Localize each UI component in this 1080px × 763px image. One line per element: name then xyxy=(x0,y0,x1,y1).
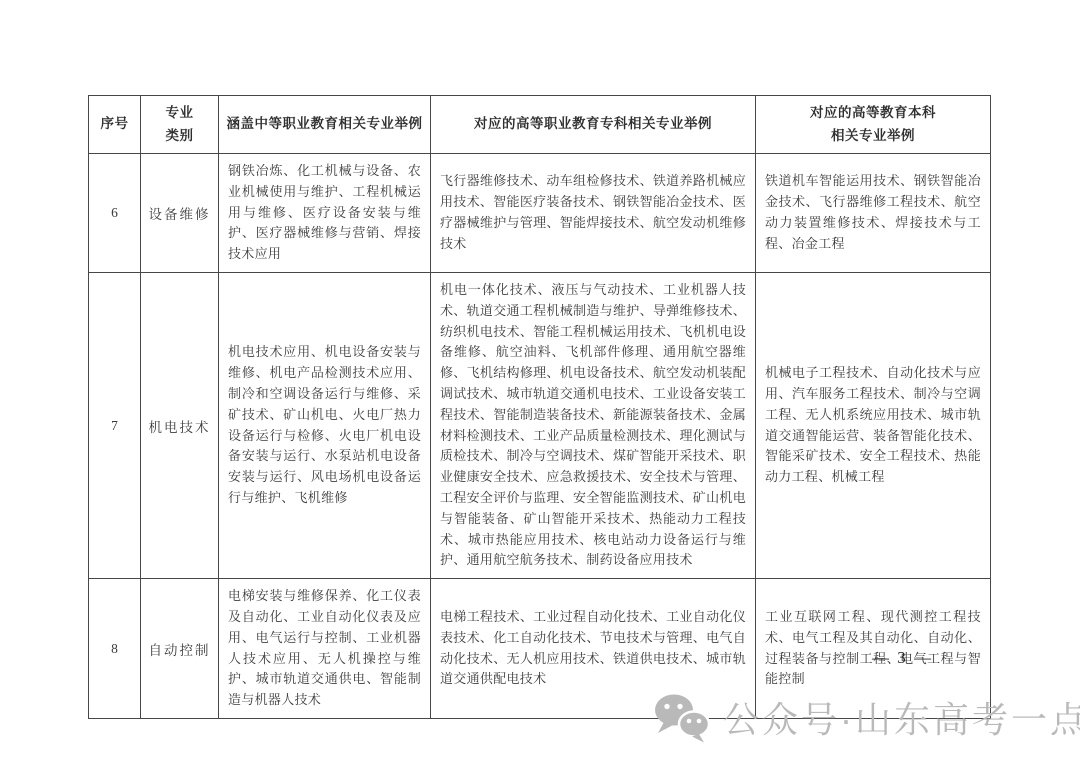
cell-serial-number: 8 xyxy=(89,579,141,719)
cell-undergraduate-majors: 铁道机车智能运用技术、钢铁智能冶金技术、飞行器维修工程技术、航空动力装置维修技术… xyxy=(756,154,991,273)
table-header-row: 序号 专业 类别 涵盖中等职业教育相关专业举例 对应的高等职业教育专科相关专业举… xyxy=(89,96,991,154)
cell-secondary-majors: 电梯安装与维修保养、化工仪表及自动化、工业自动化仪表及应用、电气运行与控制、工业… xyxy=(219,579,431,719)
cell-undergraduate-majors: 机械电子工程技术、自动化技术与应用、汽车服务工程技术、制冷与空调工程、无人机系统… xyxy=(756,272,991,578)
table-row: 7 机电技术 机电技术应用、机电设备安装与维修、机电产品检测技术应用、制冷和空调… xyxy=(89,272,991,578)
page-number: — 3 — xyxy=(872,648,933,668)
watermark-text: 公众号·山东高考一点通 xyxy=(723,692,1080,743)
cell-major-category: 自动控制 xyxy=(141,579,219,719)
header-major-category: 专业 类别 xyxy=(141,96,219,154)
header-higher-vocational: 对应的高等职业教育专科相关专业举例 xyxy=(431,96,756,154)
cell-secondary-majors: 钢铁冶炼、化工机械与设备、农业机械使用与维护、工程机械运用与维修、医疗设备安装与… xyxy=(219,154,431,273)
header-secondary-vocational: 涵盖中等职业教育相关专业举例 xyxy=(219,96,431,154)
cell-vocational-majors: 飞行器维修技术、动车组检修技术、铁道养路机械应用技术、智能医疗装备技术、钢铁智能… xyxy=(431,154,756,273)
cell-serial-number: 7 xyxy=(89,272,141,578)
watermark: 公众号·山东高考一点通 xyxy=(653,692,1080,743)
cell-major-category: 机电技术 xyxy=(141,272,219,578)
cell-secondary-majors: 机电技术应用、机电设备安装与维修、机电产品检测技术应用、制冷和空调设备运行与维修… xyxy=(219,272,431,578)
majors-mapping-table: 序号 专业 类别 涵盖中等职业教育相关专业举例 对应的高等职业教育专科相关专业举… xyxy=(88,95,991,719)
cell-major-category: 设备维修 xyxy=(141,154,219,273)
table-row: 6 设备维修 钢铁冶炼、化工机械与设备、农业机械使用与维护、工程机械运用与维修、… xyxy=(89,154,991,273)
cell-vocational-majors: 机电一体化技术、液压与气动技术、工业机器人技术、轨道交通工程机械制造与维护、导弹… xyxy=(431,272,756,578)
header-undergraduate: 对应的高等教育本科 相关专业举例 xyxy=(756,96,991,154)
wechat-icon xyxy=(653,693,711,743)
header-serial-number: 序号 xyxy=(89,96,141,154)
cell-serial-number: 6 xyxy=(89,154,141,273)
